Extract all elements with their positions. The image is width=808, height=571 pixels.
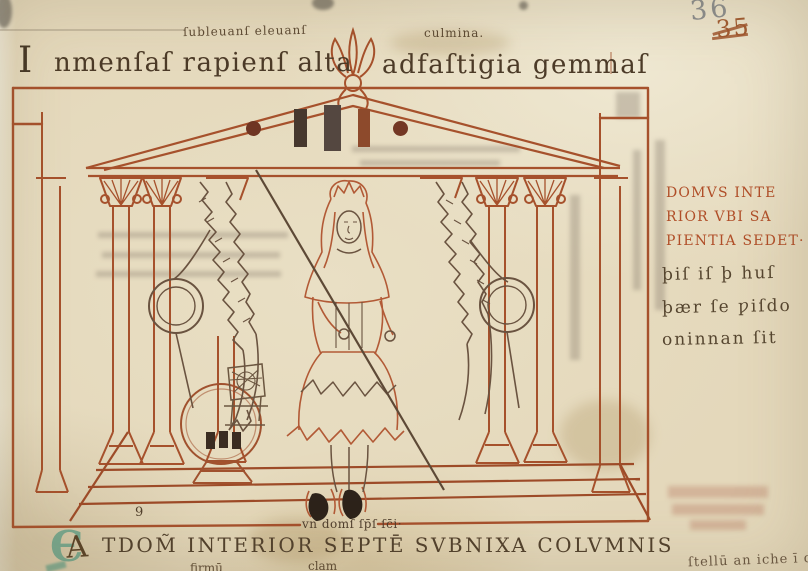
manuscript-page: ſubleuanſ eleuanſ culmina. I nmenſaſ rap… — [0, 0, 808, 571]
pediment-numeral — [238, 104, 414, 152]
verse-initial: I — [18, 40, 32, 81]
numeral-bar — [324, 105, 341, 151]
temple-caption: vn domſ ſp̄ſ ſc̄i· — [302, 517, 402, 531]
bottom-initial-brown: A — [65, 529, 89, 565]
top-gloss-left: ſubleuanſ eleuanſ — [183, 23, 307, 39]
casket-box — [224, 364, 268, 425]
bottom-verse: TDOM̃ INTERIOR SEPTĒ SVBNIXA COLVMNIS — [102, 533, 674, 557]
margin-gloss-line-3: oninnan ſit — [662, 328, 778, 350]
margin-gloss-line-2: þær ſe ƿiſdo — [662, 296, 792, 318]
bottom-gloss-right: clam — [308, 559, 337, 571]
verse-line-part2: adfaſtigia gemmaſ — [382, 50, 648, 80]
abbreviation-mark: 9 — [135, 505, 143, 520]
bottom-gloss-left: firmū — [190, 561, 223, 571]
margin-rubric-line-1: DOMVS INTE — [666, 185, 777, 201]
pediment-numeral-bars — [294, 104, 370, 152]
margin-rubric-line-3: PIENTIA SEDET· — [666, 233, 805, 249]
top-gloss-right: culmina. — [424, 26, 484, 40]
margin-rubric-line-2: RIOR VBI SA — [666, 209, 772, 225]
numeral-bar — [294, 109, 307, 147]
numeral-dot-icon — [246, 121, 261, 136]
temple-line-drawing — [0, 0, 808, 571]
verse-line-part1: nmenſaſ rapienſ alta — [54, 48, 353, 78]
margin-gloss-line-1: þiſ iſ þ huſ — [662, 263, 776, 285]
curtain-right — [436, 182, 534, 420]
numeral-dot-icon — [393, 121, 408, 136]
right-foot — [342, 490, 362, 519]
numeral-bar — [358, 109, 370, 147]
